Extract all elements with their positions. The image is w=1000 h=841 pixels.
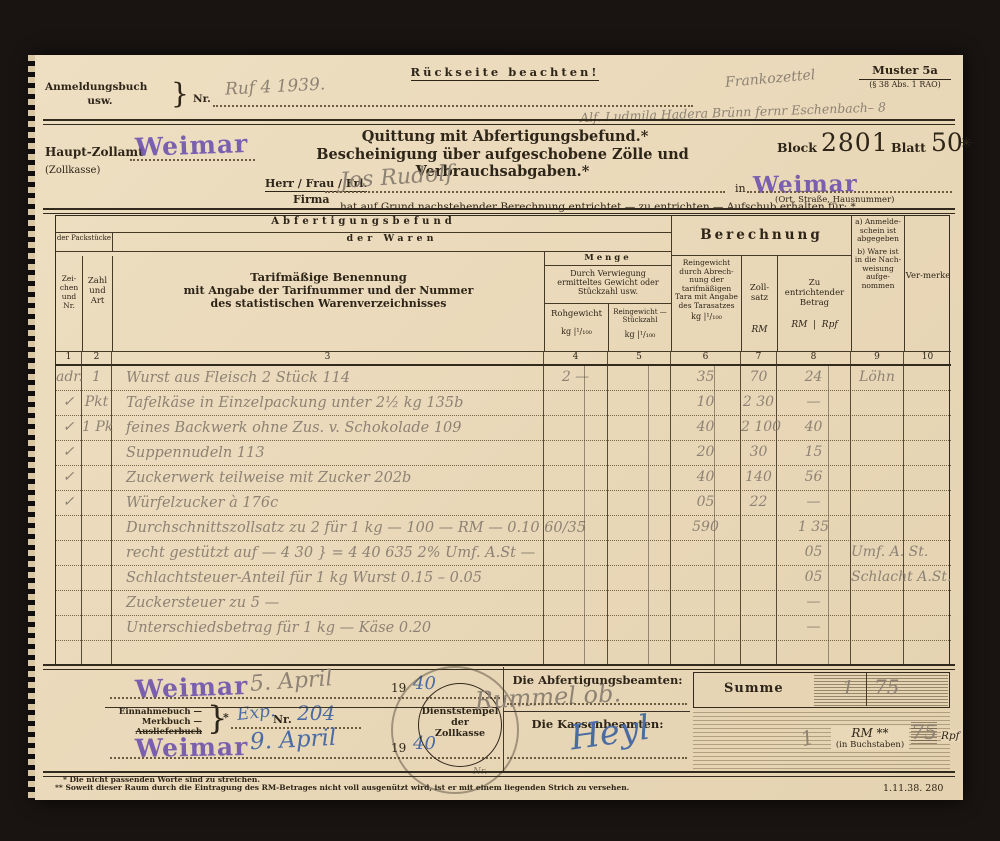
row-vermerk-a [851, 516, 904, 541]
row-rohgewicht [544, 541, 608, 566]
row-mark [56, 641, 82, 666]
table-row: ✓ Suppennudeln 113 20 30 15 [56, 441, 951, 466]
row-mark [56, 616, 82, 641]
row-rohgewicht [544, 491, 608, 516]
row-betrag: — [777, 391, 851, 416]
row-betrag: — [777, 616, 851, 641]
person-dotted-line [325, 191, 725, 193]
row-betrag: — [777, 591, 851, 616]
amount-in-words-area: 1 RM ** (in Buchstaben) 75 Rpf [693, 712, 950, 769]
row-betrag: 40 [777, 416, 851, 441]
head-col1: Zei-chen und Nr. [56, 256, 82, 351]
row-reingewicht [608, 516, 671, 541]
row-vermerk [904, 616, 951, 641]
row-netto: 35 [671, 366, 741, 391]
register-merkbuch: Merkbuch — [47, 717, 202, 727]
customs-form-sheet: Rückseite beachten! Muster 5a (§ 38 Abs.… [35, 55, 963, 800]
table-row: ✓ Würfelzucker à 176c 05 22 — [56, 491, 951, 516]
row-description: Zuckersteuer zu 5 — [112, 591, 544, 616]
row-reingewicht [608, 566, 671, 591]
register-einnahmebuch: Einnahmebuch — [47, 707, 202, 717]
row-rohgewicht [544, 566, 608, 591]
table-row: Unterschiedsbetrag für 1 kg — Käse 0.20 … [56, 616, 951, 641]
row-description: feines Backwerk ohne Zus. v. Schokolade … [112, 416, 544, 441]
row-reingewicht [608, 591, 671, 616]
row-mark: ✓ [56, 466, 82, 491]
table-row: ✓ Zuckerwerk teilweise mit Zucker 202b 4… [56, 466, 951, 491]
row-description: Suppennudeln 113 [112, 441, 544, 466]
band-der-packstuecke: der Packstücke [56, 233, 112, 251]
row-zollsatz: 22 [741, 491, 777, 516]
hundredth-unit: ¹/₁₀₀ [706, 312, 722, 321]
subdivider-col6 [714, 366, 715, 666]
exp-handwritten: Exp. [236, 701, 276, 725]
anmeldungsbuch-label: Anmeldungsbuch [45, 81, 147, 93]
row-betrag: 15 [777, 441, 851, 466]
head-col7: Zoll-satz RM [741, 256, 777, 351]
head-menge: Menge [544, 251, 671, 266]
dienststempel-line3: Zollkasse [419, 728, 501, 739]
row-vermerk [904, 391, 951, 416]
row-description: Zuckerwerk teilweise mit Zucker 202b [112, 466, 544, 491]
subdivider-col4 [584, 366, 585, 666]
head-col6: Reingewicht durch Abrech-nung der tarifm… [671, 256, 741, 351]
colnum-10: 10 [904, 352, 951, 365]
row-betrag: 56 [777, 466, 851, 491]
row-vermerk-a: Umf. A. St. [851, 541, 904, 566]
summe-box: Summe 1 75 [693, 672, 950, 708]
row-rohgewicht [544, 591, 608, 616]
nr-dotted-line [213, 105, 693, 107]
row-netto [671, 616, 741, 641]
head-col7-title: Zoll-satz [742, 284, 777, 303]
hundredth-unit: ¹/₁₀₀ [640, 330, 656, 339]
row-vermerk [904, 516, 951, 541]
officials2-dotted-line [507, 757, 687, 759]
rule-below-table [43, 664, 955, 670]
table-row [56, 641, 951, 666]
head-col10: Ver-merke [904, 216, 951, 351]
row-vermerk-a [851, 591, 904, 616]
exp-nr-label: Nr. [273, 713, 292, 726]
blatt-label: Blatt [891, 140, 926, 155]
row-vermerk-a [851, 466, 904, 491]
date1-day-handwritten: 5. April [249, 666, 333, 697]
row-vermerk-a [851, 641, 904, 666]
rm-sub-label: (in Buchstaben) [831, 740, 909, 750]
row-netto [671, 566, 741, 591]
colnum-5: 5 [608, 352, 671, 365]
pencil-note-frankozettel: Frankozettel [724, 67, 815, 91]
row-zollsatz [741, 616, 777, 641]
row-rohgewicht [544, 616, 608, 641]
row-vermerk [904, 541, 951, 566]
row-count [82, 616, 112, 641]
row-vermerk-a [851, 491, 904, 516]
form-code: 1.11.38. 280 [883, 783, 943, 794]
row-vermerk [904, 441, 951, 466]
row-netto: 40 [671, 416, 741, 441]
row-betrag: 05 [777, 541, 851, 566]
row-mark [56, 566, 82, 591]
row-description: Würfelzucker à 176c [112, 491, 544, 516]
row-betrag: 1 35 [777, 516, 851, 541]
table-row: Durchschnittszollsatz zu 2 für 1 kg — 10… [56, 516, 951, 541]
head-col3: Tarifmäßige Benennung mit Angabe der Tar… [112, 256, 544, 351]
subdivider-col8 [828, 366, 829, 666]
kassenbeamter-signature: Heyl [568, 708, 653, 759]
table-row: Zuckersteuer zu 5 — — [56, 591, 951, 616]
row-count: 1 Pk [82, 416, 112, 441]
row-netto: 05 [671, 491, 741, 516]
firma-label: Firma [293, 193, 330, 206]
brace-glyph: } [171, 77, 189, 110]
date2-day-handwritten: 9. April [249, 725, 337, 755]
officials1-dotted-line [507, 703, 687, 705]
row-betrag: — [777, 491, 851, 516]
row-betrag: 05 [777, 566, 851, 591]
row-count [82, 441, 112, 466]
row-vermerk [904, 641, 951, 666]
table-row: Schlachtsteuer-Anteil für 1 kg Wurst 0.1… [56, 566, 951, 591]
row-rohgewicht [544, 516, 608, 541]
row-netto: 20 [671, 441, 741, 466]
row-zollsatz: 2 100 [741, 416, 777, 441]
colnum-2: 2 [82, 352, 112, 365]
row-reingewicht [608, 416, 671, 441]
row-netto [671, 641, 741, 666]
blatt-asterisk-mark: ✳ [960, 134, 973, 152]
rm-unit: RM [791, 320, 807, 330]
row-zollsatz [741, 516, 777, 541]
rpf-handwritten-value: 75 [911, 720, 937, 744]
row-count: Pkt [82, 391, 112, 416]
row-reingewicht [608, 441, 671, 466]
colnum-7: 7 [741, 352, 777, 365]
row-reingewicht [608, 616, 671, 641]
blatt-number: 50 [931, 128, 963, 157]
rule-above-table [43, 208, 955, 214]
rpf-label: Rpf [941, 730, 960, 742]
band-der-waren: der Waren [112, 233, 671, 251]
row-rohgewicht [544, 416, 608, 441]
row-netto: 40 [671, 466, 741, 491]
hundredth-unit: ¹/₁₀₀ [576, 327, 592, 336]
row-vermerk [904, 416, 951, 441]
subdivider-col5 [648, 366, 649, 666]
row-count [82, 466, 112, 491]
head-col4: Rohgewicht kg |¹/₁₀₀ [544, 304, 608, 351]
row-rohgewicht [544, 391, 608, 416]
head-col9: a) Anmelde-schein ist abgegeben b) Ware … [851, 216, 904, 351]
row-vermerk [904, 491, 951, 516]
row-netto [671, 591, 741, 616]
in-label: in [735, 182, 746, 195]
table-row: recht gestützt auf — 4 30 } = 4 40 635 2… [56, 541, 951, 566]
row-count [82, 566, 112, 591]
row-vermerk [904, 366, 951, 391]
head-col8-units: RM | Rpf [778, 320, 851, 330]
head-col10-title: Ver-merke [905, 271, 951, 281]
row-zollsatz [741, 641, 777, 666]
kg-unit: kg [561, 327, 571, 336]
row-vermerk-a [851, 616, 904, 641]
summe-label: Summe [724, 681, 784, 696]
block-label: Block [777, 140, 817, 155]
row-count [82, 641, 112, 666]
row-description: Unterschiedsbetrag für 1 kg — Käse 0.20 [112, 616, 544, 641]
table-row: ✓ 1 Pk feines Backwerk ohne Zus. v. Scho… [56, 416, 951, 441]
row-description: Tafelkäse in Einzelpackung unter 2½ kg 1… [112, 391, 544, 416]
row-netto [671, 541, 741, 566]
rule-top [43, 119, 955, 125]
officials-left-border [503, 667, 504, 771]
head-col5: Reingewicht — Stückzahl kg |¹/₁₀₀ [608, 304, 671, 351]
head-col6-units: kg |¹/₁₀₀ [672, 312, 741, 321]
head-col6-title: Reingewicht durch Abrech-nung der tarifm… [672, 256, 741, 310]
row-reingewicht [608, 466, 671, 491]
in-dotted-line [747, 191, 952, 193]
row-vermerk-a [851, 441, 904, 466]
head-menge-sub: Durch Verwiegung ermitteltes Gewicht ode… [544, 266, 671, 304]
back-note-text: Rückseite beachten! [411, 65, 600, 81]
zollkasse-label: (Zollkasse) [45, 165, 100, 176]
colnum-8: 8 [777, 352, 851, 365]
head-col5-units: kg |¹/₁₀₀ [609, 330, 671, 339]
summe-rm-value: 1 [842, 677, 854, 699]
colnum-9: 9 [851, 352, 904, 365]
row-mark: ✓ [56, 416, 82, 441]
band-abfertigungsbefund: Abfertigungsbefund [56, 216, 671, 233]
kg-unit: kg [691, 312, 701, 321]
row-reingewicht [608, 541, 671, 566]
clearance-table: Abfertigungsbefund der Packstücke der Wa… [55, 215, 950, 665]
row-vermerk-a: Löhn [851, 366, 904, 391]
hauptzollamt-label: Haupt-Zollamt [45, 145, 144, 159]
row-zollsatz: 140 [741, 466, 777, 491]
row-zollsatz [741, 591, 777, 616]
nr-handwritten-value: Ruf 4 1939. [225, 74, 326, 99]
row-zollsatz: 2 30 [741, 391, 777, 416]
row-reingewicht [608, 641, 671, 666]
row-rohgewicht: 2 — [544, 366, 608, 391]
head-col8-title: Zu entrichtender Betrag [778, 278, 851, 308]
band-berechnung: Berechnung [671, 216, 851, 256]
head-col4-units: kg |¹/₁₀₀ [545, 327, 608, 336]
colnum-3: 3 [112, 352, 544, 365]
row-vermerk-a [851, 391, 904, 416]
row-mark [56, 541, 82, 566]
block-number: 2801 [821, 128, 889, 157]
row-mark: adr. [56, 366, 82, 391]
row-mark: ✓ [56, 491, 82, 516]
rpf-unit: Rpf [822, 320, 838, 330]
register-star: * [223, 711, 229, 724]
form-title-line1: Quittung mit Abfertigungsbefund.* [265, 128, 745, 145]
rm-label: RM ** [831, 726, 909, 740]
photo-of-document: { "top": { "back_note": "Rückseite beach… [0, 0, 1000, 841]
footnote-2: ** Soweit dieser Raum durch die Eintragu… [55, 784, 675, 793]
head-col5-title: Reingewicht — Stückzahl [609, 308, 671, 324]
row-count [82, 491, 112, 516]
kg-unit: kg [625, 330, 635, 339]
row-zollsatz: 70 [741, 366, 777, 391]
row-description [112, 641, 544, 666]
head-col9-b: b) Ware ist in die Nach-weisung aufge-no… [852, 244, 904, 291]
head-col3-line1: Tarifmäßige Benennung [113, 270, 544, 284]
row-vermerk-a [851, 416, 904, 441]
row-zollsatz [741, 566, 777, 591]
rm-label-patch: RM ** (in Buchstaben) [831, 726, 909, 750]
rm-words-handwritten: 1 [798, 725, 816, 751]
row-count: 1 [82, 366, 112, 391]
row-betrag: 24 [777, 366, 851, 391]
head-col9-a: a) Anmelde-schein ist abgegeben [852, 216, 904, 244]
row-mark: ✓ [56, 441, 82, 466]
row-betrag [777, 641, 851, 666]
row-mark: ✓ [56, 391, 82, 416]
head-col2: Zahl und Art [82, 256, 112, 351]
row-rohgewicht [544, 466, 608, 491]
back-note: Rückseite beachten! [365, 65, 645, 79]
colnum-4: 4 [544, 352, 608, 365]
row-zollsatz: 30 [741, 441, 777, 466]
muster-label: Muster 5a [859, 63, 951, 80]
usw-label: usw. [45, 95, 155, 107]
dienststempel-line2: der [419, 717, 501, 728]
row-rohgewicht [544, 641, 608, 666]
colnum-1: 1 [56, 352, 82, 365]
head-col4-title: Rohgewicht [545, 309, 608, 319]
summe-rm-rpf-divider [866, 673, 867, 706]
row-netto: 10 [671, 391, 741, 416]
colnum-6: 6 [671, 352, 741, 365]
row-reingewicht [608, 491, 671, 516]
row-zollsatz [741, 541, 777, 566]
table-row: adr. 1 Wurst aus Fleisch 2 Stück 114 2 —… [56, 366, 951, 391]
row-description: Durchschnittszollsatz zu 2 für 1 kg — 10… [112, 516, 544, 541]
form-title-line2: Bescheinigung über aufgeschobene Zölle u… [230, 146, 775, 180]
row-mark [56, 516, 82, 541]
column-number-row: 1 2 3 4 5 6 7 8 9 10 [56, 351, 951, 366]
row-vermerk [904, 466, 951, 491]
officials-divider [503, 711, 690, 712]
table-row: ✓ Pkt Tafelkäse in Einzelpackung unter 2… [56, 391, 951, 416]
row-description: Schlachtsteuer-Anteil für 1 kg Wurst 0.1… [112, 566, 544, 591]
row-description: recht gestützt auf — 4 30 } = 4 40 635 2… [112, 541, 544, 566]
exp-nr-value: 204 [297, 701, 335, 725]
head-col8: Zu entrichtender Betrag RM | Rpf [777, 256, 851, 351]
row-mark [56, 591, 82, 616]
row-reingewicht [608, 391, 671, 416]
nr-label: Nr. [193, 93, 211, 105]
summe-rpf-value: 75 [874, 675, 899, 699]
row-netto: 590 [671, 516, 741, 541]
row-count [82, 591, 112, 616]
head-col3-line3: des statistischen Warenverzeichnisses [113, 297, 544, 310]
head-col3-line2: mit Angabe der Tarifnummer und der Numme… [113, 284, 544, 297]
row-count [82, 516, 112, 541]
row-rohgewicht [544, 441, 608, 466]
row-vermerk-a: Schlacht A.St. [851, 566, 904, 591]
muster-paragraph: (§ 38 Abs. 1 RAO) [857, 80, 953, 89]
row-description: Wurst aus Fleisch 2 Stück 114 [112, 366, 544, 391]
date1-city-stamp: Weimar [135, 671, 249, 704]
row-vermerk [904, 591, 951, 616]
row-reingewicht [608, 366, 671, 391]
row-vermerk [904, 566, 951, 591]
head-col7-unit: RM [742, 325, 777, 335]
row-count [82, 541, 112, 566]
